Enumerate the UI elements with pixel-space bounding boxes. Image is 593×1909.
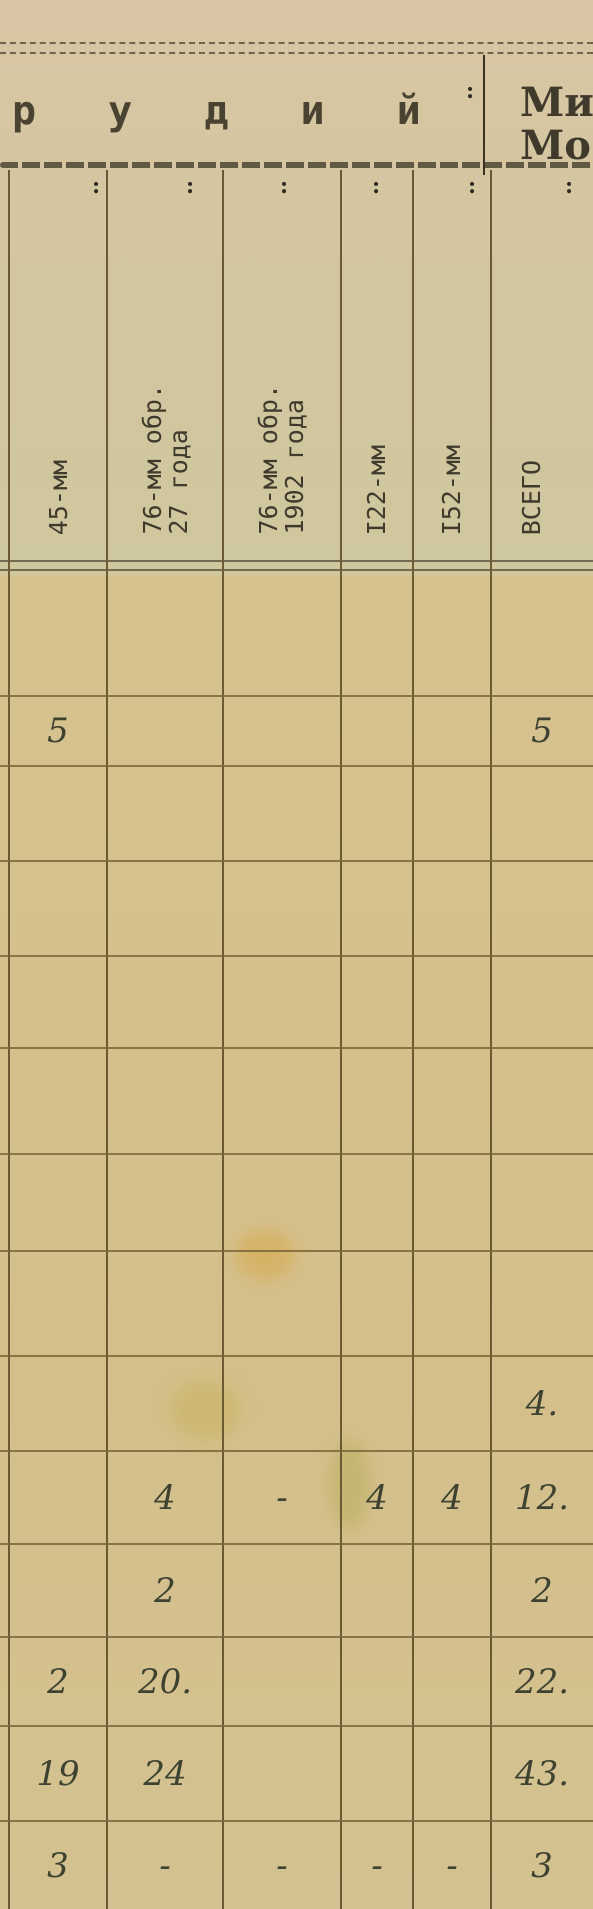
column-header-label: I22-мм [364, 445, 390, 535]
table-cell-mm76_1902 [224, 1252, 340, 1355]
table-cell-mm152 [414, 767, 490, 860]
table-cell-mm152 [414, 957, 490, 1047]
table-cell-mm45: 19 [10, 1727, 106, 1820]
table-cell-mm45 [10, 577, 106, 695]
column-header-45mm: 45-мм [10, 190, 107, 535]
header-bottom-rule [0, 560, 593, 571]
table-cell-mm76_1902 [224, 697, 340, 765]
column-header-152mm: I52-мм [414, 190, 490, 535]
table-cell-mm152 [414, 1357, 490, 1450]
table-cell-mm76_27: - [108, 1822, 222, 1909]
column-header-76mm-27: 76-мм обр. 27 года [109, 190, 222, 535]
table-cell-mm76_1902 [224, 1727, 340, 1820]
column-header-label: 76-мм обр. 1902 года [256, 384, 308, 535]
group-header-title: р у д и й [12, 88, 445, 134]
table-cell-mm76_27 [108, 1155, 222, 1250]
header-colon-marks: : [466, 80, 474, 102]
table-cell-mm45: 2 [10, 1638, 106, 1725]
table-cell-mm76_27 [108, 767, 222, 860]
table-cell-mm45 [10, 767, 106, 860]
column-header-label: 76-мм обр. 27 года [140, 384, 192, 535]
table-cell-mm76_1902 [224, 767, 340, 860]
column-header-total: ВСЕГО [492, 190, 572, 535]
colon-mark: : [280, 175, 288, 197]
table-cell-mm122: - [342, 1822, 412, 1909]
table-cell-mm152 [414, 1638, 490, 1725]
table-cell-mm152 [414, 1155, 490, 1250]
table-cell-mm152 [414, 697, 490, 765]
table-cell-mm152: - [414, 1822, 490, 1909]
table-cell-total [492, 1252, 592, 1355]
table-cell-total [492, 862, 592, 955]
table-cell-mm122 [342, 1252, 412, 1355]
colon-mark: : [468, 175, 476, 197]
table-cell-mm76_1902 [224, 1638, 340, 1725]
table-cell-mm152: 4 [414, 1452, 490, 1543]
header-wavy-rule [0, 162, 593, 168]
table-cell-mm45 [10, 1452, 106, 1543]
table-cell-mm45 [10, 862, 106, 955]
table-cell-mm45: 3 [10, 1822, 106, 1909]
table-cell-total [492, 577, 592, 695]
colon-mark: : [372, 175, 380, 197]
table-cell-mm152 [414, 1545, 490, 1636]
table-cell-mm76_27 [108, 577, 222, 695]
table-cell-total: 4. [492, 1357, 592, 1450]
table-cell-mm45 [10, 1155, 106, 1250]
table-cell-mm122 [342, 1545, 412, 1636]
column-header-label: ВСЕГО [519, 460, 545, 535]
column-header-label: 45-мм [46, 460, 72, 535]
table-cell-mm122 [342, 1049, 412, 1153]
table-cell-mm152 [414, 1049, 490, 1153]
table-cell-mm76_1902 [224, 1155, 340, 1250]
table-cell-mm45 [10, 1357, 106, 1450]
table-cell-mm76_1902: - [224, 1822, 340, 1909]
table-cell-mm45: 5 [10, 697, 106, 765]
table-cell-total: 43. [492, 1727, 592, 1820]
table-cell-mm45 [10, 1252, 106, 1355]
right-header-line-2: Мо [520, 128, 591, 164]
table-cell-mm76_27: 2 [108, 1545, 222, 1636]
header-divider [483, 55, 485, 175]
table-cell-total: 3 [492, 1822, 592, 1909]
colon-mark: : [92, 175, 100, 197]
table-cell-mm76_27 [108, 862, 222, 955]
table-cell-mm45 [10, 957, 106, 1047]
header-top-rule [0, 42, 593, 54]
table-cell-mm122 [342, 577, 412, 695]
table-cell-total [492, 1049, 592, 1153]
table-cell-mm76_1902 [224, 957, 340, 1047]
table-cell-mm122 [342, 697, 412, 765]
table-cell-mm122 [342, 862, 412, 955]
colon-mark: : [565, 175, 573, 197]
table-cell-mm76_27 [108, 1357, 222, 1450]
table-cell-mm76_1902 [224, 862, 340, 955]
table-cell-mm76_1902 [224, 1545, 340, 1636]
table-cell-mm152 [414, 1252, 490, 1355]
table-cell-total: 5 [492, 697, 592, 765]
table-cell-mm76_1902 [224, 1357, 340, 1450]
table-cell-mm76_27 [108, 957, 222, 1047]
table-cell-mm76_1902 [224, 1049, 340, 1153]
table-cell-mm76_27: 4 [108, 1452, 222, 1543]
table-cell-mm76_27: 20. [108, 1638, 222, 1725]
table-cell-mm122: 4 [342, 1452, 412, 1543]
table-cell-total [492, 957, 592, 1047]
table-cell-mm45 [10, 1049, 106, 1153]
column-header-122mm: I22-мм [342, 190, 412, 535]
table-cell-total: 22. [492, 1638, 592, 1725]
colon-mark: : [186, 175, 194, 197]
table-cell-mm122 [342, 767, 412, 860]
table-cell-total [492, 767, 592, 860]
table-cell-mm45 [10, 1545, 106, 1636]
table-cell-total [492, 1155, 592, 1250]
table-cell-mm122 [342, 1357, 412, 1450]
table-cell-mm76_1902 [224, 577, 340, 695]
table-cell-mm76_1902: - [224, 1452, 340, 1543]
table-cell-mm76_27 [108, 1252, 222, 1355]
table-cell-mm122 [342, 1155, 412, 1250]
table-cell-mm76_27 [108, 697, 222, 765]
table-cell-mm122 [342, 1638, 412, 1725]
column-header-76mm-1902: 76-мм обр. 1902 года [224, 190, 340, 535]
table-cell-mm122 [342, 1727, 412, 1820]
table-cell-total: 2 [492, 1545, 592, 1636]
column-header-label: I52-мм [439, 445, 465, 535]
table-cell-mm76_27 [108, 1049, 222, 1153]
table-cell-mm152 [414, 1727, 490, 1820]
right-header-line-1: Ми [520, 85, 593, 121]
table-cell-mm76_27: 24 [108, 1727, 222, 1820]
table-cell-total: 12. [492, 1452, 592, 1543]
table-cell-mm152 [414, 577, 490, 695]
table-cell-mm122 [342, 957, 412, 1047]
table-cell-mm152 [414, 862, 490, 955]
